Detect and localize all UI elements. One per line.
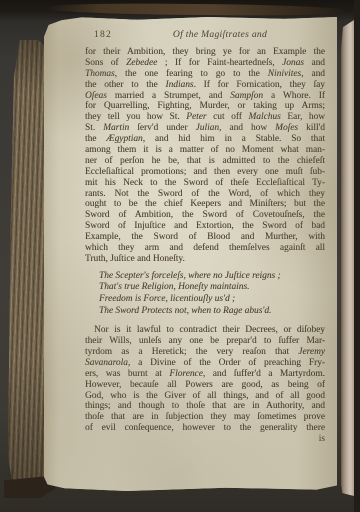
text-line: St. Martin ſerv'd under Julian, and how …	[85, 123, 325, 134]
running-title: Of the Magiſtrates and	[85, 29, 325, 40]
text-line: their Wills, unleſs any one be prepar'd …	[85, 336, 325, 347]
text-line: for Quarrelling, Fighting, Murder, or ta…	[85, 101, 325, 112]
text-line: for their Ambition, they bring ye for an…	[85, 47, 325, 58]
verse-line: Freedom is Force, licentiouſly us'd ;	[99, 294, 325, 306]
text-line: among them it is a matter of no Moment w…	[85, 145, 325, 156]
verse-line: The Sword Protects not, when to Rage abu…	[99, 306, 325, 318]
text-line: things; and though to thoſe that are in …	[85, 401, 325, 412]
text-line: the Ægyptian, and hid him in a Stable. S…	[85, 134, 325, 145]
text-line: of evil conſequence, however to the gene…	[85, 423, 325, 434]
verse-block: The Scepter's forceleſs, where no Juſtic…	[99, 271, 325, 317]
text-line: Eccleſiaſtical promotions; and then ever…	[85, 167, 325, 178]
text-line: ought to be the chief Keepers and Miniſt…	[85, 199, 325, 210]
text-line: tyrdom as a Heretick; the very reaſon th…	[85, 347, 325, 358]
paragraph-2: Nor is it lawful to contradict their Dec…	[85, 325, 325, 434]
text-line: Savanarola, a Divine of the Order of pre…	[85, 358, 325, 369]
catchword-row: is	[85, 434, 360, 445]
scan-background-edge	[354, 0, 360, 512]
text-line: ner of perſon he be, that is admitted to…	[85, 156, 325, 167]
text-line: thoſe that are in ſubjection they may ſo…	[85, 412, 325, 423]
book-page: 182 Of the Magiſtrates and for their Amb…	[44, 16, 337, 492]
text-line: which they arm and defend themſelves aga…	[85, 243, 325, 254]
text-line: mit his Neck to the Sword of theſe Eccle…	[85, 178, 325, 189]
adjacent-page-edge	[341, 20, 354, 496]
text-line: Nor is it lawful to contradict their Dec…	[85, 325, 325, 336]
text-line: Oſeas married a Strumpet, and Sampſon a …	[85, 91, 325, 102]
catchword: is	[319, 434, 325, 444]
text-line: However, becauſe all Powers are good, as…	[85, 380, 325, 391]
page-header: 182 Of the Magiſtrates and	[85, 29, 325, 42]
body-text: for their Ambition, they bring ye for an…	[85, 47, 325, 445]
text-line: Sons of Zebedee ; If for Faint-heartedne…	[85, 58, 325, 69]
text-line: Example, the Sword of Blood and Murther,…	[85, 232, 325, 243]
text-line: Truth, Juſtice and Honeſty.	[85, 254, 325, 265]
text-line: the other to the Indians. If for Fornica…	[85, 80, 325, 91]
text-line: God, who is the Giver of all things, and…	[85, 391, 325, 402]
text-line: ers, was burnt at Florence, and ſuffer'd…	[85, 369, 325, 380]
text-line: Sword of Ambition, the Sword of Covetouſ…	[85, 210, 325, 221]
text-line: Thomas, the one fearing to go to the Nin…	[85, 69, 325, 80]
paragraph-1: for their Ambition, they bring ye for an…	[85, 47, 325, 265]
text-line: Sword of Injuſtice and Extortion, the Sw…	[85, 221, 325, 232]
book-binding-top	[46, 2, 346, 16]
book-scan: 182 Of the Magiſtrates and for their Amb…	[0, 0, 360, 512]
page-content: 182 Of the Magiſtrates and for their Amb…	[44, 16, 337, 445]
verse-line: That's true Religion, Honeſty maintains.	[99, 282, 325, 294]
text-line: they tell you how St. Peter cut off Malc…	[85, 112, 325, 123]
verse-line: The Scepter's forceleſs, where no Juſtic…	[99, 271, 325, 283]
text-line: rants. Not the Sword of the Word, of whi…	[85, 189, 325, 200]
